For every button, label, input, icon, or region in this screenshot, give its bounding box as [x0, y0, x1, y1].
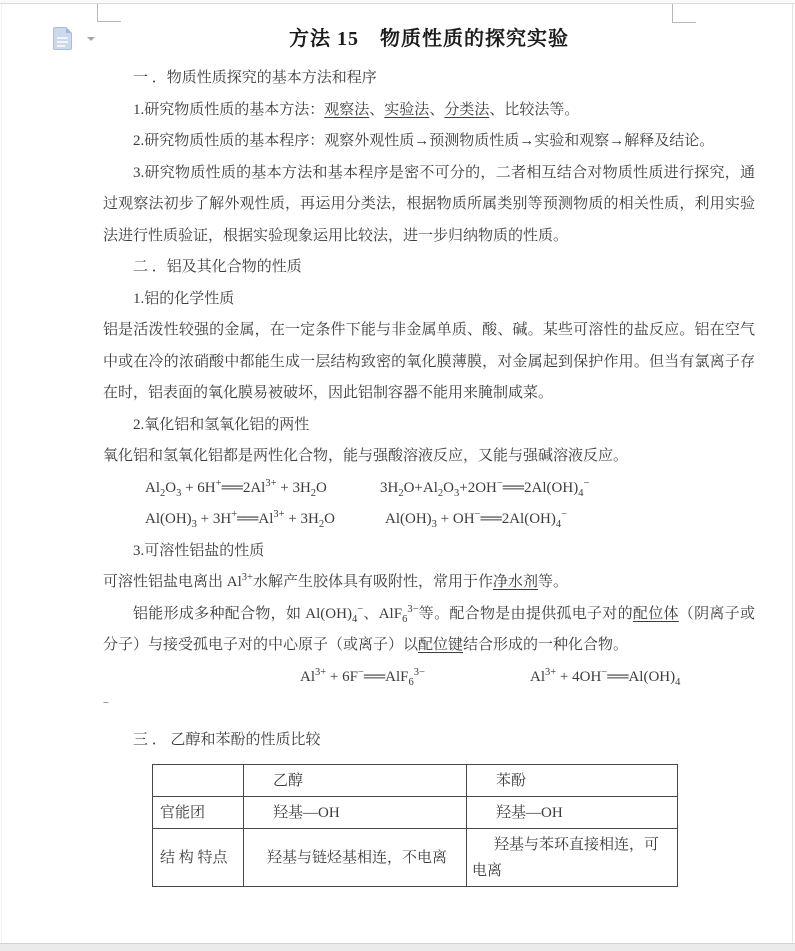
- table-cell: 羟基—OH: [244, 797, 467, 829]
- underlined-term: 观察法: [324, 102, 369, 118]
- text-run: 氧化铝和氢氧化铝都是两性化合物，能与强酸溶液反应，又能与强碱溶液反应。: [103, 448, 628, 464]
- page-bottom-edge: [0, 943, 795, 951]
- text-run: 1.铝的化学性质: [133, 291, 234, 307]
- table-row: 官能团羟基—OH羟基—OH: [153, 797, 678, 829]
- paragraph: 氧化铝和氢氧化铝都是两性化合物，能与强酸溶液反应，又能与强碱溶液反应。: [103, 441, 755, 473]
- chemical-equation: Al3+ + 4OH−══Al(OH)4: [530, 662, 680, 694]
- paragraph: −: [103, 693, 755, 725]
- underlined-term: 配位键: [418, 637, 463, 653]
- chemical-equation: Al3+ + 6F−══AlF63−: [300, 662, 425, 694]
- paragraph: 1.铝的化学性质: [103, 284, 755, 316]
- page-top-edge: [0, 0, 795, 4]
- table-cell: 结 构 特点: [153, 829, 244, 887]
- comparison-table-wrap: 乙醇苯酚官能团羟基—OH羟基—OH结 构 特点羟基与链烃基相连，不电离羟基与苯环…: [152, 764, 755, 887]
- text-run: 等。: [538, 574, 568, 590]
- text-run: 一 ．物质性质探究的基本方法和程序: [133, 70, 377, 86]
- chemical-equation: 3H2O+Al2O3+2OH−══2Al(OH)4−: [380, 473, 589, 505]
- document-icon-line: [57, 45, 65, 47]
- text-run: −: [103, 700, 109, 716]
- paragraph: 铝是活泼性较强的金属，在一定条件下能与非金属单质、酸、碱。某些可溶性的盐反应。铝…: [103, 315, 755, 410]
- text-run: 2.氧化铝和氢氧化铝的两性: [133, 417, 309, 433]
- text-run: 、: [369, 102, 384, 118]
- document-body: 一 ．物质性质探究的基本方法和程序1.研究物质性质的基本方法：观察法、实验法、分…: [103, 63, 755, 756]
- margin-crop-mark-top-right: [672, 4, 673, 23]
- table-row: 结 构 特点羟基与链烃基相连，不电离羟基与苯环直接相连，可 电离: [153, 829, 678, 887]
- text-run: 、比较法等。: [489, 102, 579, 118]
- paragraph: 1.研究物质性质的基本方法：观察法、实验法、分类法、比较法等。: [103, 95, 755, 127]
- table-cell: [153, 765, 244, 797]
- document-icon[interactable]: [53, 27, 72, 50]
- text-run: 可溶性铝盐电离出 Al3+水解产生胶体具有吸附性，常用于作: [103, 574, 493, 590]
- chemical-equation: Al2O3 + 6H+══2Al3+ + 3H2O: [145, 473, 327, 505]
- paragraph: 2.研究物质性质的基本程序：观察外观性质→预测物质性质→实验和观察→解释及结论。: [103, 126, 755, 158]
- equation-line: Al(OH)3 + 3H+══Al3+ + 3H2OAl(OH)3 + OH−═…: [103, 504, 755, 536]
- chemical-equation: Al(OH)3 + 3H+══Al3+ + 3H2O: [145, 504, 335, 536]
- text-run: 铝是活泼性较强的金属，在一定条件下能与非金属单质、酸、碱。某些可溶性的盐反应。铝…: [103, 322, 755, 401]
- table-cell: 官能团: [153, 797, 244, 829]
- page-right-edge: [792, 4, 793, 942]
- document-page: 方法 15 物质性质的探究实验 一 ．物质性质探究的基本方法和程序1.研究物质性…: [103, 22, 755, 887]
- text-run: 2.研究物质性质的基本程序：观察外观性质→预测物质性质→实验和观察→解释及结论。: [133, 133, 714, 149]
- table-cell: 羟基与苯环直接相连，可 电离: [467, 829, 678, 887]
- paragraph: 2.氧化铝和氢氧化铝的两性: [103, 410, 755, 442]
- paragraph: 三 ． 乙醇和苯酚的性质比较: [103, 725, 755, 757]
- chevron-down-icon[interactable]: [87, 37, 95, 41]
- margin-crop-mark-top-left: [97, 4, 98, 22]
- paragraph: 铝能形成多种配合物，如 Al(OH)4−、AlF63−等。配合物是由提供孤电子对…: [103, 599, 755, 662]
- equation-line: Al2O3 + 6H+══2Al3+ + 3H2O3H2O+Al2O3+2OH−…: [103, 473, 755, 505]
- document-title: 方法 15 物质性质的探究实验: [103, 22, 755, 56]
- text-run: 、: [429, 102, 444, 118]
- text-run: 三 ． 乙醇和苯酚的性质比较: [133, 732, 321, 748]
- underlined-term: 实验法: [384, 102, 429, 118]
- table-cell: 苯酚: [467, 765, 678, 797]
- paragraph: 3.研究物质性质的基本方法和基本程序是密不可分的，二者相互结合对物质性质进行探究…: [103, 158, 755, 253]
- text-run: 结合形成的一种化合物。: [463, 637, 628, 653]
- comparison-table: 乙醇苯酚官能团羟基—OH羟基—OH结 构 特点羟基与链烃基相连，不电离羟基与苯环…: [152, 764, 678, 887]
- text-run: 3.研究物质性质的基本方法和基本程序是密不可分的，二者相互结合对物质性质进行探究…: [103, 165, 755, 244]
- text-run: 铝能形成多种配合物，如 Al(OH)4−、AlF63−等。配合物是由提供孤电子对…: [133, 606, 633, 622]
- table-cell: 羟基与链烃基相连，不电离: [244, 829, 467, 887]
- text-run: 二 ．铝及其化合物的性质: [133, 259, 302, 275]
- document-icon-line: [57, 41, 68, 43]
- paragraph: 可溶性铝盐电离出 Al3+水解产生胶体具有吸附性，常用于作净水剂等。: [103, 567, 755, 599]
- paragraph: 一 ．物质性质探究的基本方法和程序: [103, 63, 755, 95]
- paragraph: 3.可溶性铝盐的性质: [103, 536, 755, 568]
- paragraph: 二 ．铝及其化合物的性质: [103, 252, 755, 284]
- equation-line: Al3+ + 6F−══AlF63−Al3+ + 4OH−══Al(OH)4: [103, 662, 755, 694]
- text-run: 1.研究物质性质的基本方法：: [133, 102, 324, 118]
- table-cell: 乙醇: [244, 765, 467, 797]
- underlined-term: 净水剂: [493, 574, 538, 590]
- chemical-equation: Al(OH)3 + OH−══2Al(OH)4−: [385, 504, 567, 536]
- document-icon-line: [57, 37, 68, 39]
- page-left-edge: [1, 4, 2, 942]
- underlined-term: 配位体: [633, 606, 679, 622]
- table-row: 乙醇苯酚: [153, 765, 678, 797]
- underlined-term: 分类法: [444, 102, 489, 118]
- table-cell: 羟基—OH: [467, 797, 678, 829]
- text-run: 3.可溶性铝盐的性质: [133, 543, 264, 559]
